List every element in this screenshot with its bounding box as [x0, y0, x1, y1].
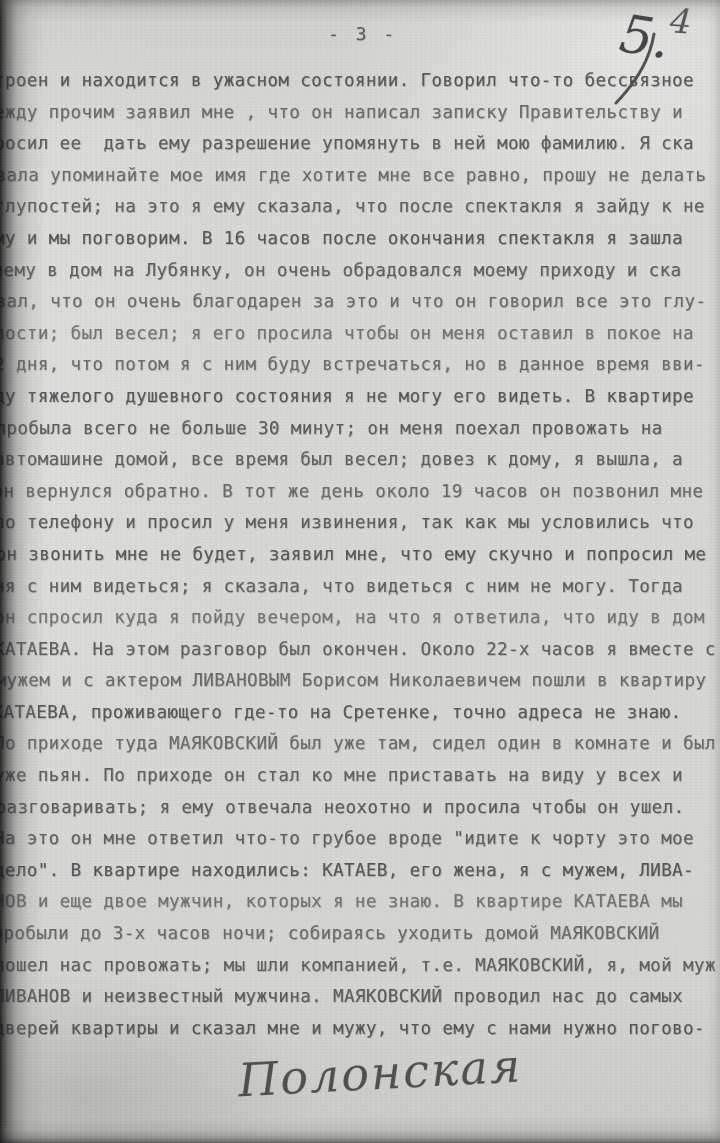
- text-line: По приходе туда МАЯКОВСКИЙ был уже там, …: [0, 729, 720, 761]
- handwritten-corner-number: 4: [669, 1, 693, 42]
- scan-edge-bottom-shadow: [0, 1117, 720, 1143]
- text-line: зал, что он очень благодарен за это и чт…: [0, 287, 720, 319]
- typewritten-text: троен и находится в ужасном состоянии. Г…: [0, 66, 720, 1045]
- text-line: На это он мне ответил что-то грубое врод…: [0, 824, 720, 856]
- signature-polonskaya: Полонская: [237, 1039, 524, 1108]
- text-line: троен и находится в ужасном состоянии. Г…: [0, 66, 720, 98]
- text-line: мужем и с актером ЛИВАНОВЫМ Борисом Нико…: [0, 666, 720, 698]
- text-line: дверей квартиры и сказал мне и мужу, что…: [0, 1014, 720, 1046]
- text-line: пробыла всего не больше 30 минут; он мен…: [0, 414, 720, 446]
- document-scan: - 3 - 5. 4 троен и находится в ужасном с…: [0, 0, 720, 1143]
- text-line: ежду прочим заявил мне , что он написал …: [0, 98, 720, 130]
- text-line: ЛИВАНОВ и неизвестный мужчина. МАЯКОВСКИ…: [0, 982, 720, 1014]
- text-line: пробыли до 3-х часов ночи; собираясь ухо…: [0, 919, 720, 951]
- text-line: глупостей; на это я ему сказала, что пос…: [0, 192, 720, 224]
- text-line: по телефону и просил у меня извинения, т…: [0, 508, 720, 540]
- text-line: зала упоминайте мое имя где хотите мне в…: [0, 161, 720, 193]
- text-line: автомашине домой, все время был весел; д…: [0, 445, 720, 477]
- text-line: пости; был весел; я его просила чтобы он…: [0, 319, 720, 351]
- text-line: он вернулся обратно. В тот же день около…: [0, 477, 720, 509]
- text-line: му и мы поговорим. В 16 часов после окон…: [0, 224, 720, 256]
- text-line: ду тяжелого душевного состояния я не мог…: [0, 382, 720, 414]
- text-line: НОВ и еще двое мужчин, которых я не знаю…: [0, 887, 720, 919]
- handwritten-archival-number: 5.: [616, 4, 674, 71]
- text-line: он звонить мне не будет, заявил мне, что…: [0, 540, 720, 572]
- text-line: ня с ним видеться; я сказала, что видеть…: [0, 572, 720, 604]
- text-line: 2 дня, что потом я с ним буду встречатьс…: [0, 350, 720, 382]
- text-line: КАТАЕВА. На этом разговор был окончен. О…: [0, 635, 720, 667]
- text-line: росил ее дать ему разрешение упомянуть в…: [0, 129, 720, 161]
- text-line: КАТАЕВА, проживающего где-то на Сретенке…: [0, 698, 720, 730]
- text-line: дело". В квартире находились: КАТАЕВ, ег…: [0, 856, 720, 888]
- text-line: пошел нас провожать; мы шли компанией, т…: [0, 951, 720, 983]
- text-line: нему в дом на Лубянку, он очень обрадова…: [0, 256, 720, 288]
- text-line: разговаривать; я ему отвечала неохотно и…: [0, 793, 720, 825]
- page-number: - 3 -: [328, 24, 397, 45]
- text-line: он спросил куда я пойду вечером, на что …: [0, 603, 720, 635]
- text-line: уже пьян. По приходе он стал ко мне прис…: [0, 761, 720, 793]
- scan-edge-top-shadow: [0, 0, 720, 22]
